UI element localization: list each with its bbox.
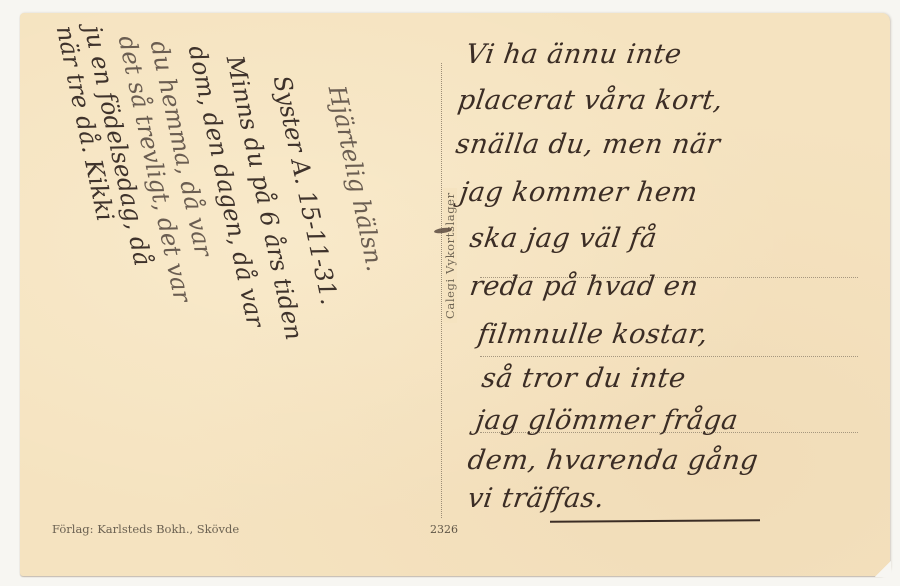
right-message-line: dem, hvarenda gång (466, 445, 760, 476)
message-address-divider (441, 63, 442, 518)
card-number: 2326 (430, 523, 458, 536)
right-message-line: reda på hvad en (468, 271, 701, 302)
handwritten-underline (550, 519, 760, 522)
right-message-line: jag glömmer fråga (474, 405, 740, 436)
right-message-line: vi träffas. (466, 483, 607, 514)
right-message-line: ska jag väl få (468, 223, 659, 254)
worn-corner (875, 561, 891, 577)
scanned-postcard: när tre då. Kikki ju en födelsedag, då d… (0, 0, 900, 586)
postcard-back: när tre då. Kikki ju en födelsedag, då d… (20, 13, 890, 576)
publisher-imprint: Förlag: Karlsteds Bokh., Skövde (52, 522, 239, 536)
right-message-line: placerat våra kort, (456, 85, 725, 116)
right-message-line: så tror du inte (480, 363, 688, 394)
address-line-2 (480, 356, 858, 357)
left-message-line: Hjärtelig hälsn. (323, 83, 390, 274)
right-message-line: jag kommer hem (458, 177, 700, 208)
right-message-line: Vi ha ännu inte (464, 39, 684, 70)
right-message-line: filmnulle kostar, (476, 319, 710, 350)
right-message-line: snälla du, men när (454, 129, 722, 160)
vertical-imprint: Calegi Vykortslager (443, 188, 457, 323)
